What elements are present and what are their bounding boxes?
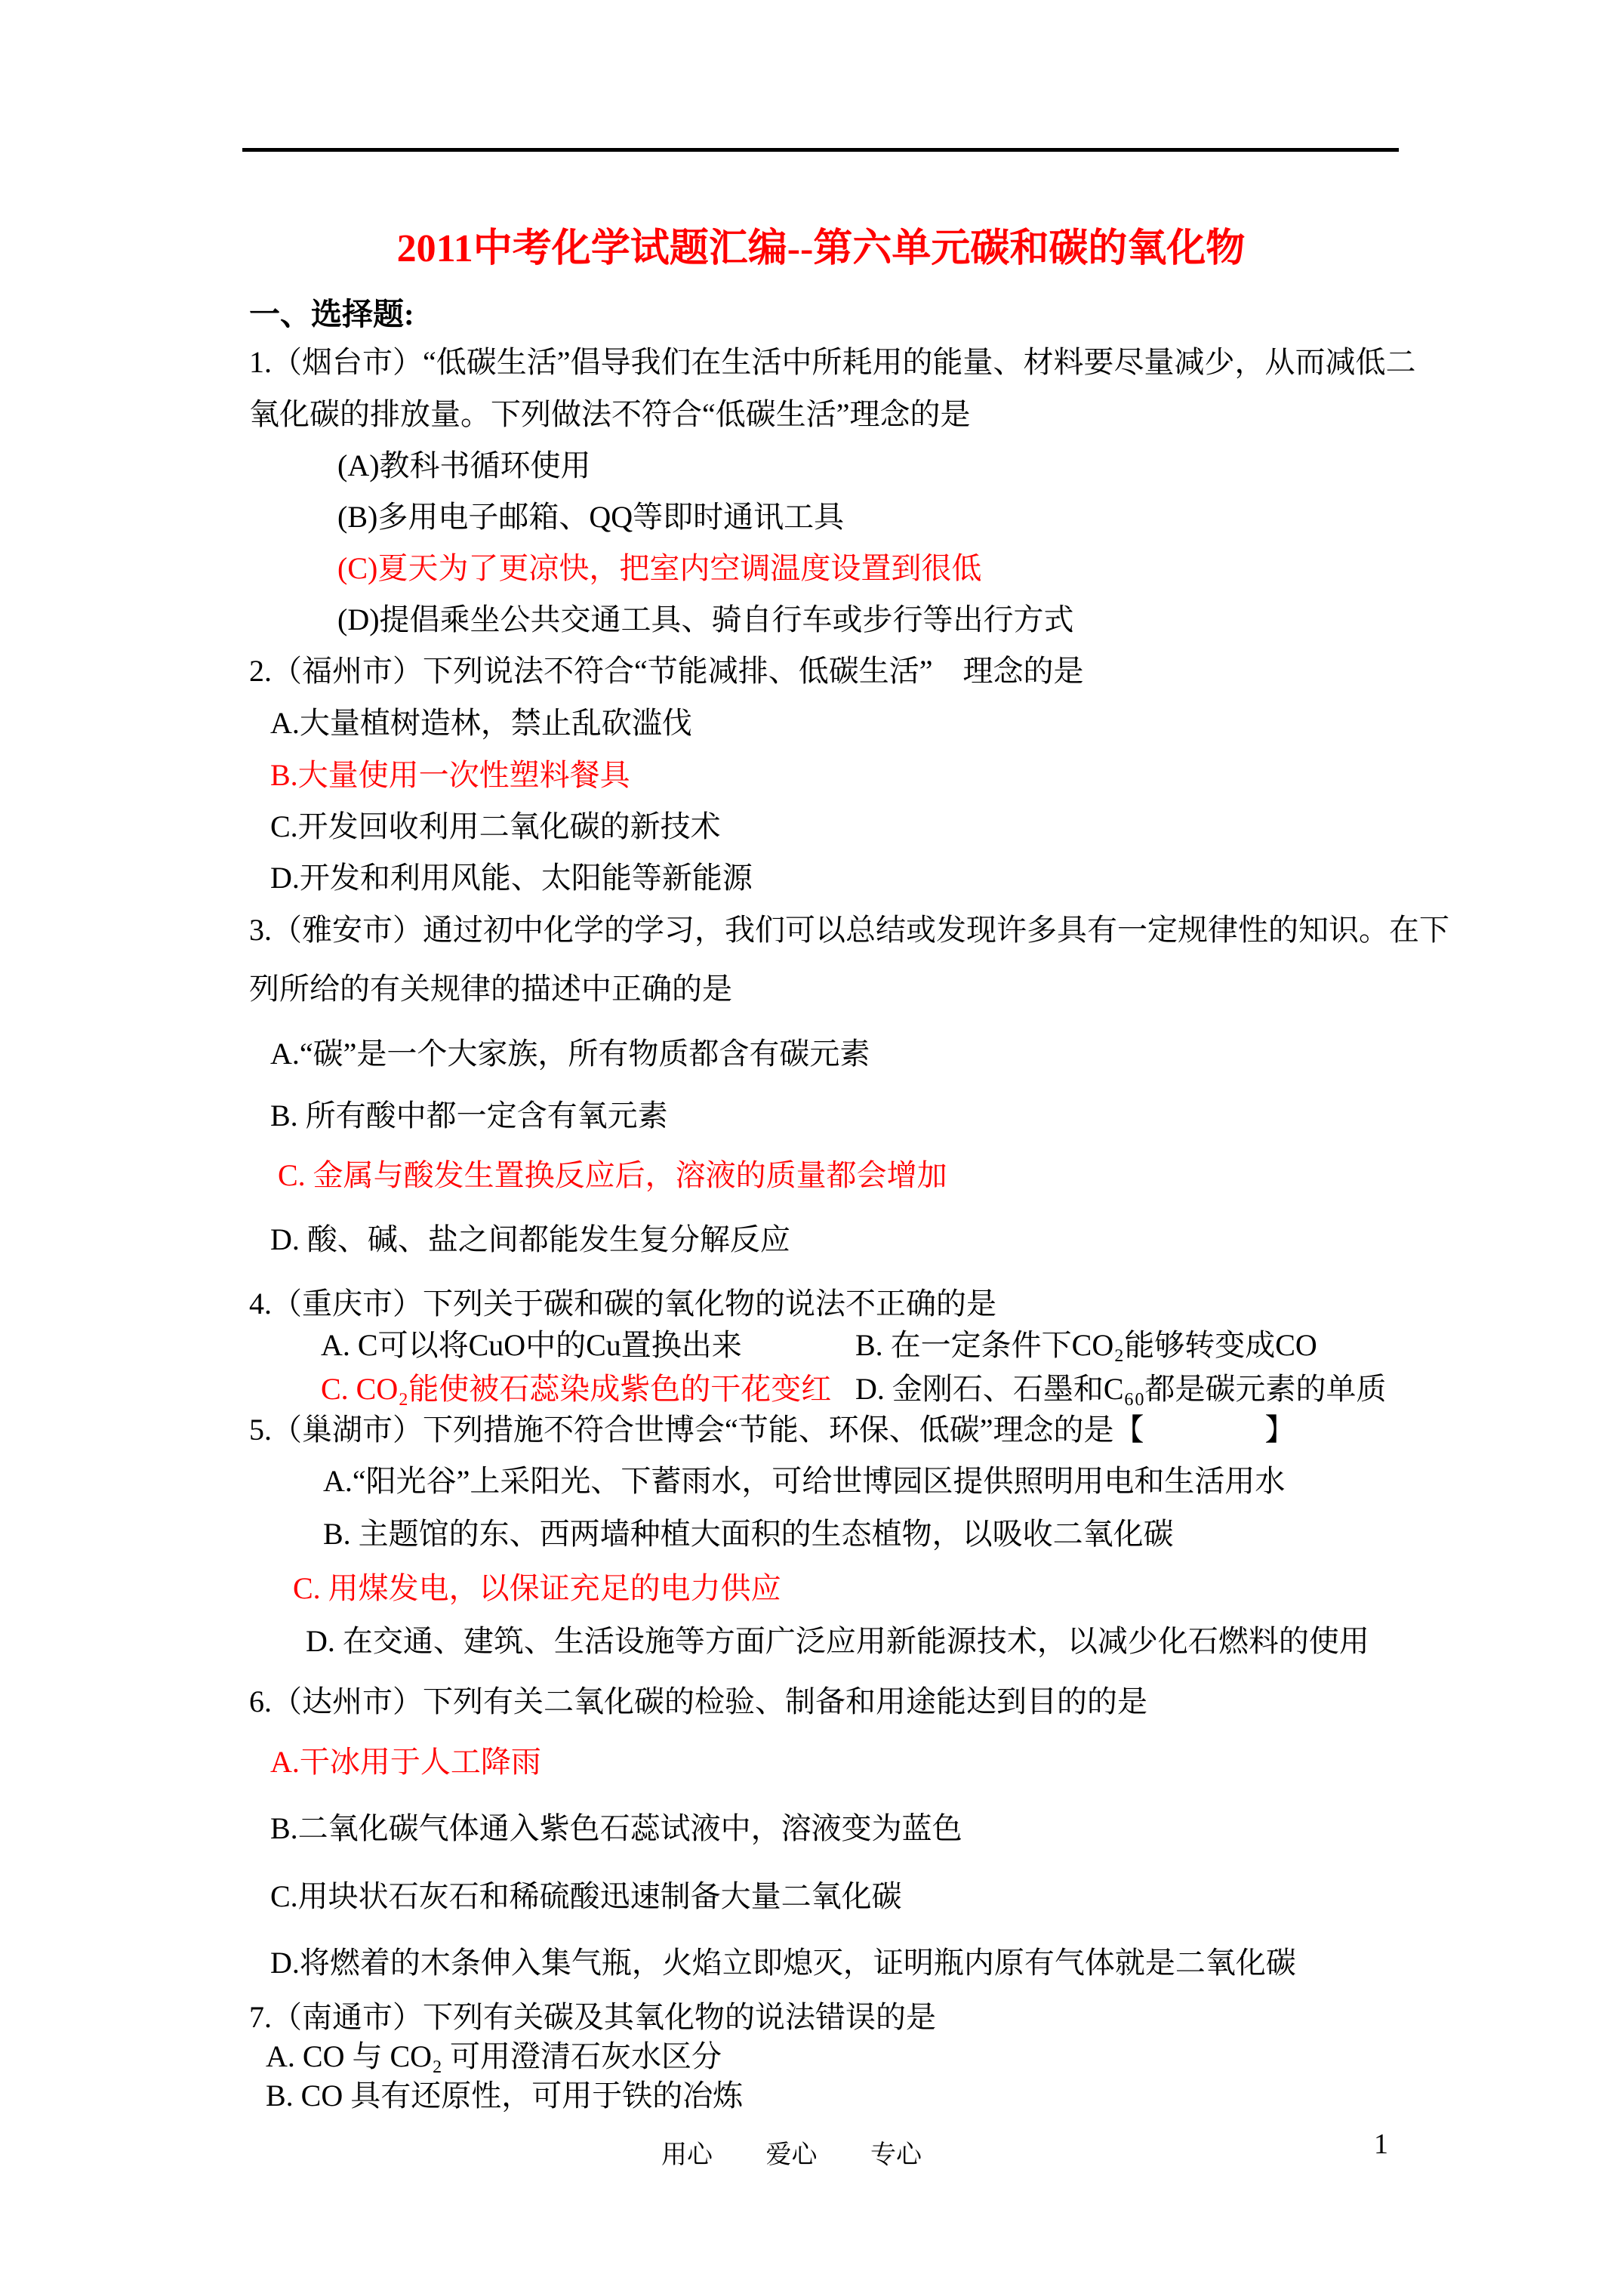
q5-option-b: B. 主题馆的东、西两墙种植大面积的生态植物，以吸收二氧化碳 [323,1518,1174,1551]
q1-option-b: (B)多用电子邮箱、QQ等即时通讯工具 [337,501,844,534]
page-title: 2011中考化学试题汇编--第六单元碳和碳的氧化物 [242,216,1400,273]
q1-stem-line-1: 1.（烟台市）“低碳生活”倡导我们在生活中所耗用的能量、材料要尽量减少，从而减低… [249,346,1416,379]
q4-stem: 4.（重庆市）下列关于碳和碳的氧化物的说法不正确的是 [249,1287,996,1321]
q3-option-d: D. 酸、碱、盐之间都能发生复分解反应 [270,1223,790,1256]
q1-option-c-answer: (C)夏天为了更凉快，把室内空调温度设置到很低 [337,552,981,585]
q4-option-b: B. 在一定条件下CO₂能够转变成CO [855,1329,1317,1362]
q1-stem-line-2: 氧化碳的排放量。下列做法不符合“低碳生活”理念的是 [249,398,971,431]
header-rule [242,148,1399,152]
q2-option-b-answer: B.大量使用一次性塑料餐具 [270,759,630,792]
q4-option-c-answer: C. CO₂能使被石蕊染成紫色的干花变红 [321,1373,831,1406]
q6-option-b: B.二氧化碳气体通入紫色石蕊试液中，溶液变为蓝色 [270,1812,962,1845]
footer-motto-2: 爱心 [766,2141,818,2169]
q6-stem: 6.（达州市）下列有关二氧化碳的检验、制备和用途能达到目的的是 [249,1685,1147,1718]
q6-option-c: C.用块状石灰石和稀硫酸迅速制备大量二氧化碳 [270,1880,902,1913]
q7-option-b: B. CO 具有还原性，可用于铁的冶炼 [266,2079,743,2113]
q6-option-d: D.将燃着的木条伸入集气瓶，火焰立即熄灭，证明瓶内原有气体就是二氧化碳 [270,1946,1296,1980]
q4-option-a: A. C可以将CuO中的Cu置换出来 [321,1329,742,1362]
q2-option-a: A.大量植树造林，禁止乱砍滥伐 [270,707,692,740]
q2-stem: 2.（福州市）下列说法不符合“节能减排、低碳生活” 理念的是 [249,655,1084,688]
q5-option-d: D. 在交通、建筑、生活设施等方面广泛应用新能源技术，以减少化石燃料的使用 [306,1625,1369,1658]
footer-mottos: 用心 爱心 专心 [661,2134,922,2171]
q4-option-d: D. 金刚石、石墨和C₆₀都是碳元素的单质 [855,1373,1386,1406]
q1-option-a: (A)教科书循环使用 [337,449,591,482]
q5-option-a: A.“阳光谷”上采阳光、下蓄雨水，可给世博园区提供照明用电和生活用水 [323,1465,1285,1498]
q7-stem: 7.（南通市）下列有关碳及其氧化物的说法错误的是 [249,2001,936,2034]
document-page: 2011中考化学试题汇编--第六单元碳和碳的氧化物 一、选择题: 1.（烟台市）… [0,0,1623,2296]
q2-option-d: D.开发和利用风能、太阳能等新能源 [270,861,753,895]
q3-option-a: A.“碳”是一个大家族，所有物质都含有碳元素 [270,1037,870,1071]
q5-stem: 5.（巢湖市）下列措施不符合世博会“节能、环保、低碳”理念的是【 】 [249,1413,1295,1447]
q2-option-c: C.开发回收利用二氧化碳的新技术 [270,810,721,843]
section-heading: 一、选择题: [249,297,414,331]
q3-stem-line-2: 列所给的有关规律的描述中正确的是 [249,972,732,1006]
footer-motto-1: 用心 [661,2141,713,2169]
q3-stem-line-1: 3.（雅安市）通过初中化学的学习，我们可以总结或发现许多具有一定规律性的知识。在… [249,914,1449,947]
q7-option-a: A. CO 与 CO₂ 可用澄清石灰水区分 [266,2040,722,2073]
q3-option-c-answer: C. 金属与酸发生置换反应后，溶液的质量都会增加 [278,1159,947,1192]
page-number: 1 [1374,2128,1388,2161]
q1-option-d: (D)提倡乘坐公共交通工具、骑自行车或步行等出行方式 [337,603,1074,636]
q6-option-a-answer: A.干冰用于人工降雨 [270,1746,541,1779]
q5-option-c-answer: C. 用煤发电，以保证充足的电力供应 [293,1572,781,1605]
q3-option-b: B. 所有酸中都一定含有氧元素 [270,1099,668,1133]
footer-motto-3: 专心 [870,2141,922,2169]
